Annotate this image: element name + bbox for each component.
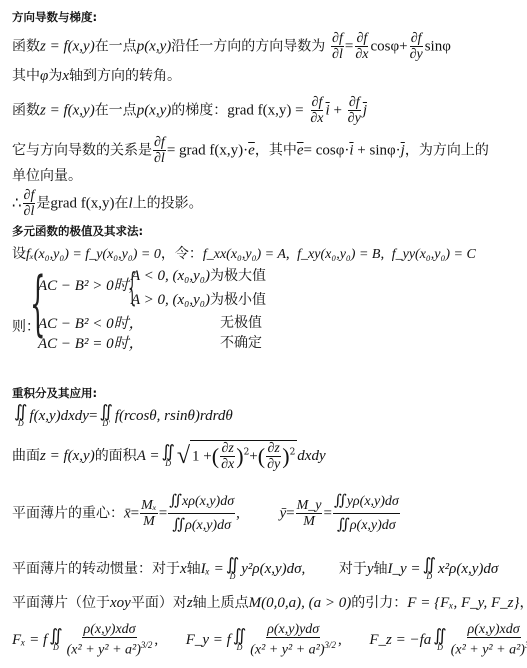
text: 函数 <box>12 103 40 119</box>
sqrt-icon: √ <box>177 443 190 469</box>
axis-label: x <box>180 561 187 577</box>
domain-label: D <box>18 420 24 428</box>
denominator: ∂y <box>266 457 281 472</box>
trig-term: cosφ <box>370 39 399 55</box>
denominator: M <box>302 514 316 529</box>
text: 的梯度： <box>171 103 227 119</box>
numerator: ∬yρ(x,y)dσ <box>333 490 400 514</box>
fraction: ∬yρ(x,y)dσ∬ρ(x,y)dσ <box>333 490 400 537</box>
numerator: ∂f <box>153 135 166 151</box>
unit-vector-e: e <box>248 143 255 159</box>
expr: + sinφ· <box>354 143 401 159</box>
double-integral-icon: ∬D <box>161 444 174 468</box>
force-z: F_z = −fa∬Dρ(x,y)xdσ(x² + y² + a²)3/2 <box>369 630 527 648</box>
fraction: ∂f∂x <box>354 31 369 62</box>
text: ，为方向上的 <box>405 143 489 159</box>
force-components: Fₓ = f∬Dρ(x,y)xdσ(x² + y² + a²)3/2, F_y … <box>12 622 527 658</box>
text: 平面薄片的转动惯量： <box>12 561 152 577</box>
fraction: ρ(x,y)xdσ(x² + y² + a²)3/2 <box>450 622 527 658</box>
text: 的引力： <box>351 595 407 611</box>
text: 平面薄片（位于 <box>12 595 110 611</box>
case-zero: AC − B² = 0时， <box>38 334 144 353</box>
double-integral-icon: ∬D <box>433 628 446 652</box>
double-integral-icon: ∬D <box>233 628 246 652</box>
text: 设 <box>12 246 26 262</box>
surface-area: 曲面z = f(x,y)的面积A =∬D√1 +(∂z∂x)2+(∂z∂y)2d… <box>12 440 326 472</box>
denominator: ∂y <box>409 47 424 62</box>
domain-label: D' <box>102 420 110 428</box>
text: 轴到方向的转角。 <box>69 68 181 84</box>
function-expr: z = f(x,y) <box>40 448 95 464</box>
text: 它与方向导数的关系是 <box>12 143 152 159</box>
numerator: M_y <box>296 498 323 514</box>
case-zero-result: 不确定 <box>220 334 262 352</box>
double-integral-icon: ∬D <box>423 557 436 581</box>
section-heading-directional-derivative: 方向导数与梯度: <box>12 8 97 26</box>
case-negative-result: 无极值 <box>220 314 262 332</box>
force-y: F_y = f∬Dρ(x,y)ydσ(x² + y² + a²)3/2, <box>186 630 342 648</box>
second-derivative-C: f_yy(x₀,y₀) = C <box>392 247 476 262</box>
text: 轴 <box>374 561 388 577</box>
text: 在一点 <box>95 39 137 55</box>
text: ，其中： <box>519 595 527 611</box>
unit-vector-note: 单位向量。 <box>12 167 82 185</box>
integrand: x²ρ(x,y)dσ <box>438 561 498 577</box>
denominator: ∬ρ(x,y)dσ <box>171 514 232 537</box>
text: 曲面 <box>12 448 40 464</box>
domain-label: D <box>230 573 236 581</box>
fraction: ∂z∂y <box>266 441 281 472</box>
x-symbol: x <box>62 68 69 84</box>
directional-derivative-definition: 函数z = f(x,y)在一点p(x,y)沿任一方向的方向导数为 ∂f∂l=∂f… <box>12 31 451 62</box>
numerator: ∂z <box>266 441 280 457</box>
numerator: Mₓ <box>140 498 158 514</box>
then-label: 则： <box>12 318 40 336</box>
inertia-y: I_y = <box>388 561 421 577</box>
text: 其中 <box>12 68 40 84</box>
fraction: ρ(x,y)xdσ(x² + y² + a²)3/2 <box>66 622 154 658</box>
fraction: ∂f∂l <box>331 31 344 62</box>
trig-term: sinφ <box>425 39 451 55</box>
case-negative: AC − B² < 0时， <box>38 314 144 333</box>
section-heading-extremum: 多元函数的极值及其求法: <box>12 222 143 240</box>
numerator: ∂f <box>355 31 368 47</box>
polar-transform: ∬Df(x,y)dxdy=∬D'f(rcosθ, rsinθ)rdrdθ <box>12 404 233 428</box>
double-integral-icon: ∬D <box>226 557 239 581</box>
double-integral-icon: ∬D <box>49 628 62 652</box>
plus: + <box>249 449 257 465</box>
fraction: ∂f∂x <box>309 95 324 126</box>
text: 是 <box>36 196 50 212</box>
exponent: 2 <box>290 448 296 458</box>
fraction: ∬xρ(x,y)dσ∬ρ(x,y)dσ <box>168 490 235 537</box>
text: 函数 <box>12 39 40 55</box>
grad-expr: grad f(x,y) <box>50 196 114 212</box>
numerator: ∂f <box>311 95 324 111</box>
denominator: ∂x <box>220 457 235 472</box>
double-integral-icon: ∬D' <box>99 404 112 428</box>
centroid-x-var: x̄ <box>124 506 131 522</box>
fraction: ∂f∂l <box>23 188 36 219</box>
fraction: MₓM <box>140 498 158 529</box>
section-heading-double-integral: 重积分及其应用: <box>12 384 97 402</box>
gravitational-force: 平面薄片（位于xoy平面）对z轴上质点M(0,0,a), (a > 0)的引力：… <box>12 593 527 612</box>
area-symbol: A = <box>137 448 160 464</box>
subcase-max: A < 0, (x₀,y₀)为极大值 <box>131 266 266 285</box>
angle-note: 其中φ为x轴到方向的转角。 <box>12 66 181 85</box>
therefore-symbol: ∴ <box>12 196 22 212</box>
point-expr: p(x,y) <box>137 39 172 55</box>
second-derivative-B: f_xy(x₀,y₀) = B <box>297 247 380 262</box>
function-expr: z = f(x,y) <box>40 39 95 55</box>
text: 上的投影。 <box>133 196 203 212</box>
one-plus: 1 + <box>192 449 212 465</box>
text: 沿任一方向的方向导数为 <box>171 39 325 55</box>
point-expr: p(x,y) <box>137 103 172 119</box>
denominator: M <box>142 514 156 529</box>
force-vector: F = {Fₓ, F_y, F_z} <box>407 595 519 611</box>
integrand: y²ρ(x,y)dσ, <box>241 561 305 577</box>
subcase-result: 为极大值 <box>210 268 266 284</box>
denominator: ∂y <box>347 111 362 126</box>
text: 对于 <box>339 561 367 577</box>
fraction: ρ(x,y)ydσ(x² + y² + a²)3/2 <box>249 622 337 658</box>
denominator: ∂l <box>331 47 344 62</box>
sqrt-body: 1 +(∂z∂x)2+(∂z∂y)2 <box>190 440 297 472</box>
plane-label: xoy <box>110 595 131 611</box>
subcase-result: 为极小值 <box>210 292 266 308</box>
text: 轴上质点 <box>193 595 249 611</box>
fraction: ∂f∂y <box>409 31 424 62</box>
grad-expr: grad f(x,y) = <box>227 103 303 119</box>
numerator: ∂f <box>23 188 36 204</box>
case-condition: AC − B² = 0时， <box>38 336 144 352</box>
domain-label: D <box>165 460 171 468</box>
text: 在一点 <box>95 103 137 119</box>
case-condition: AC − B² < 0时， <box>38 316 144 332</box>
gradient-definition: 函数z = f(x,y)在一点p(x,y)的梯度：grad f(x,y) = ∂… <box>12 95 367 126</box>
equals: = <box>89 408 97 424</box>
text: 平面薄片的重心： <box>12 506 124 522</box>
text: 的面积 <box>95 448 137 464</box>
mass-point: M(0,0,a), (a > 0) <box>249 595 352 611</box>
subcase-condition: A > 0, (x₀,y₀) <box>131 292 210 308</box>
text: 平面）对 <box>131 595 187 611</box>
integrand: f(x,y)dxdy <box>29 408 89 424</box>
numerator: ∂z <box>220 441 234 457</box>
denominator: ∂l <box>23 204 36 219</box>
expr: = cosφ· <box>304 143 350 159</box>
text: ，令： <box>161 246 203 262</box>
text: 对于 <box>152 561 180 577</box>
projection-statement: ∴∂f∂l是grad f(x,y)在l上的投影。 <box>12 188 203 219</box>
fraction: ∂f∂y <box>347 95 362 126</box>
differential: dxdy <box>297 448 325 464</box>
numerator: ∂f <box>348 95 361 111</box>
denominator: ∬ρ(x,y)dσ <box>336 514 397 537</box>
subcase-min: A > 0, (x₀,y₀)为极小值 <box>131 290 266 309</box>
centroid: 平面薄片的重心：x̄=MₓM=∬xρ(x,y)dσ∬ρ(x,y)dσ, ȳ=M_… <box>12 490 401 537</box>
function-expr: z = f(x,y) <box>40 103 95 119</box>
double-integral-icon: ∬D <box>14 404 27 428</box>
denominator: ∂l <box>153 151 166 166</box>
gradient-relation: 它与方向导数的关系是∂f∂l= grad f(x,y)·e，其中e= cosφ·… <box>12 135 489 166</box>
numerator: ∬xρ(x,y)dσ <box>168 490 235 514</box>
unit-vector-e: e <box>297 143 304 159</box>
text: 为 <box>48 68 62 84</box>
axis-label: y <box>367 561 374 577</box>
second-derivative-A: f_xx(x₀,y₀) = A <box>203 247 286 262</box>
numerator: ∂f <box>331 31 344 47</box>
inertia-x: Iₓ = <box>201 561 224 577</box>
text: ，其中 <box>255 143 297 159</box>
unit-vector-j: j <box>363 103 367 119</box>
numerator: ∂f <box>410 31 423 47</box>
subcase-condition: A < 0, (x₀,y₀) <box>131 268 210 284</box>
stationary-condition: fₓ(x₀,y₀) = f_y(x₀,y₀) = 0 <box>26 247 161 262</box>
moment-of-inertia: 平面薄片的转动惯量：对于x轴Iₓ =∬Dy²ρ(x,y)dσ, 对于y轴I_y … <box>12 557 498 581</box>
text: 在 <box>115 196 129 212</box>
extremum-conditions: 设fₓ(x₀,y₀) = f_y(x₀,y₀) = 0，令：f_xx(x₀,y₀… <box>12 245 476 264</box>
grad-expr: = grad f(x,y)· <box>167 143 248 159</box>
domain-label: D <box>426 573 432 581</box>
text: 轴 <box>187 561 201 577</box>
denominator: ∂x <box>354 47 369 62</box>
force-x: Fₓ = f∬Dρ(x,y)xdσ(x² + y² + a²)3/2, <box>12 630 158 648</box>
denominator: ∂x <box>309 111 324 126</box>
fraction: M_yM <box>296 498 323 529</box>
integrand: f(rcosθ, rsinθ)rdrdθ <box>115 408 233 424</box>
fraction: ∂z∂x <box>220 441 235 472</box>
fraction: ∂f∂l <box>153 135 166 166</box>
